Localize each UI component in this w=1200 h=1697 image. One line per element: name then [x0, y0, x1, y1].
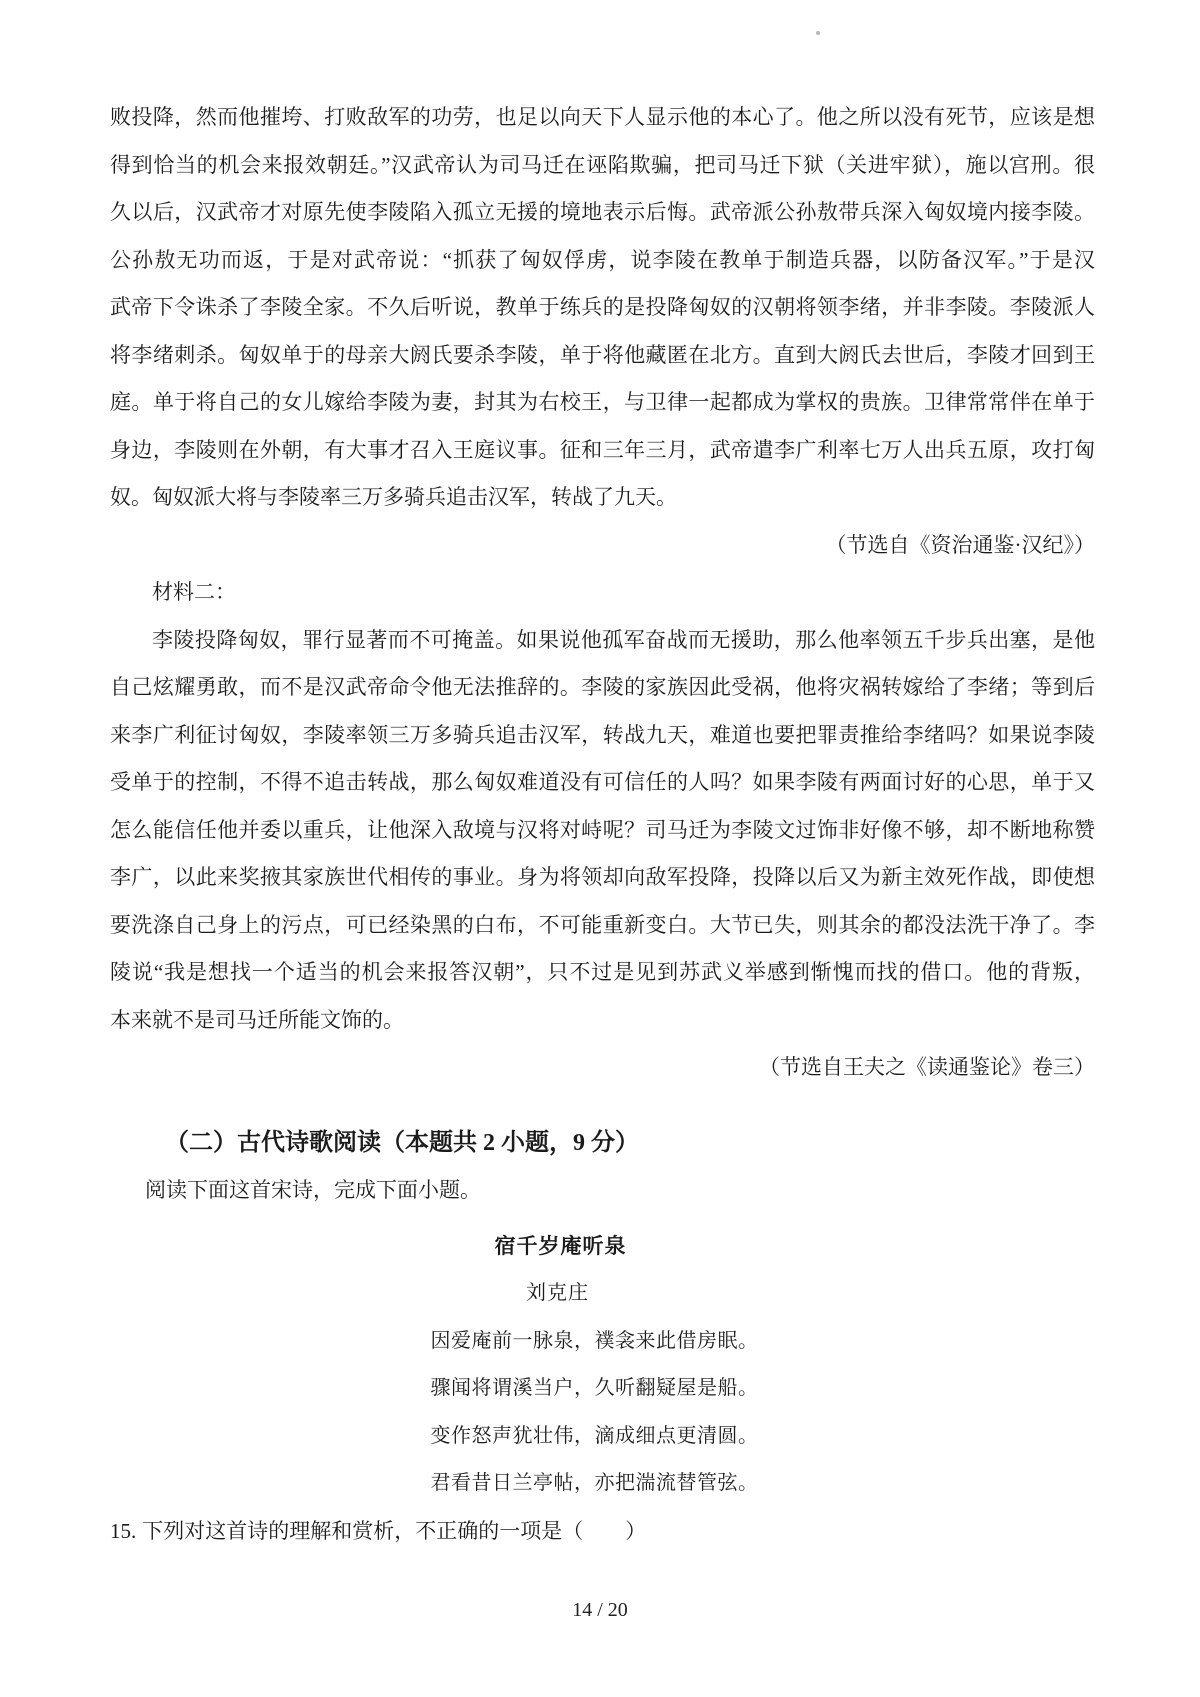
material-one-line: 庭。单于将自己的女儿嫁给李陵为妻，封其为右校王，与卫律一起都成为掌权的贵族。卫律… [110, 379, 1095, 427]
document-page: 败投降，然而他摧垮、打败敌军的功劳，也足以向天下人显示他的本心了。他之所以没有死… [0, 0, 1200, 1697]
material-two-label: 材料二： [110, 569, 1095, 617]
reading-instruction: 阅读下面这首宋诗，完成下面小题。 [145, 1167, 1095, 1215]
poem-author: 刘克庄 [65, 1270, 1050, 1318]
page-number: 14 / 20 [0, 1596, 1200, 1624]
material-one-line: 败投降，然而他摧垮、打败敌军的功劳，也足以向天下人显示他的本心了。他之所以没有死… [110, 94, 1095, 142]
material-two-line: 陵说“我是想找一个适当的机会来报答汉朝”，只不过是见到苏武义举感到惭愧而找的借口… [110, 949, 1095, 997]
poem-title: 宿千岁庵听泉 [68, 1223, 1053, 1271]
question-15-number: 15. [110, 1519, 136, 1543]
question-15-text: 下列对这首诗的理解和赏析，不正确的一项是（ ） [142, 1519, 646, 1543]
material-two-line: 本来就不是司马迁所能文饰的。 [110, 997, 1095, 1045]
question-15: 15.下列对这首诗的理解和赏析，不正确的一项是（ ） [110, 1508, 1095, 1556]
material-two-line: 怎么能信任他并委以重兵，让他深入敌境与汉将对峙呢？司马迁为李陵文过饰非好像不够，… [110, 807, 1095, 855]
material-one-line: 公孙敖无功而返，于是对武帝说：“抓获了匈奴俘虏，说李陵在教单于制造兵器，以防备汉… [110, 237, 1095, 285]
stray-mark-dot [816, 31, 820, 35]
poem-line: 君看昔日兰亭帖，亦把湍流替管弦。 [102, 1460, 1087, 1508]
material-one-line: 武帝下令诛杀了李陵全家。不久后听说，教单于练兵的是投降匈奴的汉朝将领李绪，并非李… [110, 284, 1095, 332]
material-one-line: 久以后，汉武帝才对原先使李陵陷入孤立无援的境地表示后悔。武帝派公孙敖带兵深入匈奴… [110, 189, 1095, 237]
material-two-line: 李陵投降匈奴，罪行显著而不可掩盖。如果说他孤军奋战而无援助，那么他率领五千步兵出… [110, 617, 1095, 665]
poem-line: 因爱庵前一脉泉，襆衾来此借房眠。 [102, 1318, 1087, 1366]
section-heading-poetry-reading: （二）古代诗歌阅读（本题共 2 小题，9 分） [165, 1120, 1095, 1168]
material-one-translation: 败投降，然而他摧垮、打败敌军的功劳，也足以向天下人显示他的本心了。他之所以没有死… [110, 94, 1095, 522]
source-citation-material-one: （节选自《资治通鉴·汉纪》） [110, 522, 1095, 570]
poem-block: 宿千岁庵听泉 刘克庄 因爱庵前一脉泉，襆衾来此借房眠。 骤闻将谓溪当户，久听翻疑… [110, 1223, 1095, 1508]
material-one-line: 得到恰当的机会来报效朝廷。”汉武帝认为司马迁在诬陷欺骗，把司马迁下狱（关进牢狱）… [110, 142, 1095, 190]
source-citation-material-two: （节选自王夫之《读通鉴论》卷三） [110, 1044, 1095, 1092]
material-two-line: 自己炫耀勇敢，而不是汉武帝命令他无法推辞的。李陵的家族因此受祸，他将灾祸转嫁给了… [110, 664, 1095, 712]
material-two-line: 来李广利征讨匈奴，李陵率领三万多骑兵追击汉军，转战九天，难道也要把罪责推给李绪吗… [110, 712, 1095, 760]
material-one-line: 将李绪刺杀。匈奴单于的母亲大阏氏要杀李陵，单于将他藏匿在北方。直到大阏氏去世后，… [110, 332, 1095, 380]
page-content: 败投降，然而他摧垮、打败敌军的功劳，也足以向天下人显示他的本心了。他之所以没有死… [110, 94, 1095, 1555]
material-one-line: 身边，李陵则在外朝，有大事才召入王庭议事。征和三年三月，武帝遣李广利率七万人出兵… [110, 427, 1095, 475]
material-two-line: 要洗涤自己身上的污点，可已经染黑的白布，不可能重新变白。大节已失，则其余的都没法… [110, 902, 1095, 950]
material-one-line: 奴。匈奴派大将与李陵率三万多骑兵追击汉军，转战了九天。 [110, 474, 1095, 522]
poem-line: 变作怒声犹壮伟，滴成细点更清圆。 [102, 1413, 1087, 1461]
poem-line: 骤闻将谓溪当户，久听翻疑屋是船。 [102, 1365, 1087, 1413]
material-two-line: 受单于的控制，不得不追击转战，那么匈奴难道没有可信任的人吗？如果李陵有两面讨好的… [110, 759, 1095, 807]
material-two-translation: 李陵投降匈奴，罪行显著而不可掩盖。如果说他孤军奋战而无援助，那么他率领五千步兵出… [110, 617, 1095, 1045]
material-two-line: 李广，以此来奖掖其家族世代相传的事业。身为将领却向敌军投降，投降以后又为新主效死… [110, 854, 1095, 902]
